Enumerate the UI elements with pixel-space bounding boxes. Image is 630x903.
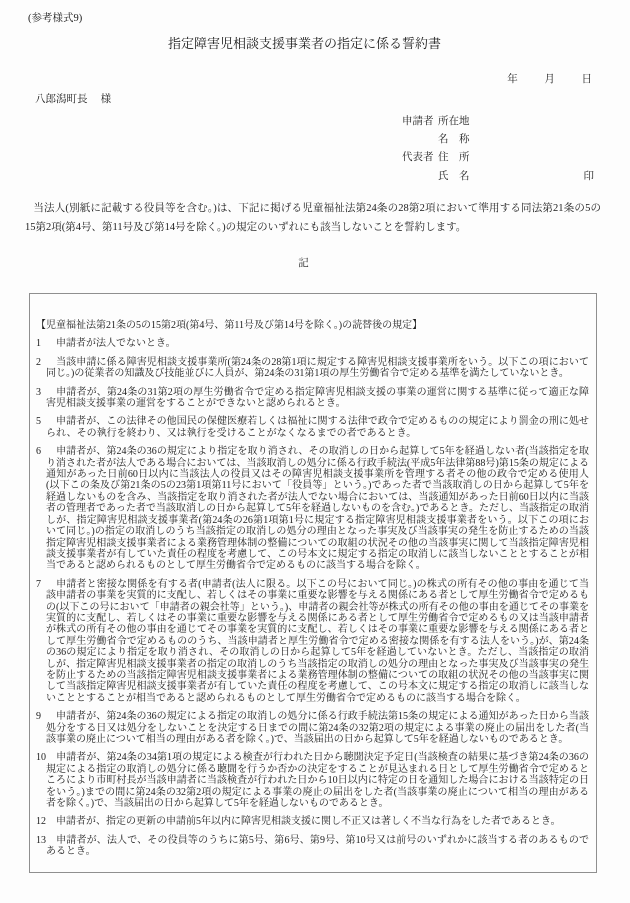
regulation-item: 10申請者が、第24条の34第1項の規定による検査が行われた日から聴聞決定予定日… (36, 752, 589, 809)
applicant-row: 名 称 (402, 129, 594, 147)
applicant-field-label: 所在地 (438, 113, 470, 128)
regulation-box-heading: 【児童福祉法第21条の5の15第2項(第4号、第11号及び第14号を除く。)の読… (36, 320, 589, 331)
regulation-item: 6申請者が、第24条の36の規定により指定を取り消され、その取消しの日から起算し… (36, 446, 589, 571)
addressee: 八郎潟町長 様 (35, 91, 111, 106)
regulation-item-number: 10 (36, 752, 56, 763)
applicant-row: 代表者 住 所 (402, 148, 594, 166)
applicant-field-label: 住 所 (438, 149, 470, 164)
regulation-item-number: 1 (36, 338, 56, 349)
applicant-signature-block: 申請者 所在地 名 称 代表者 住 所 氏 名 印 (402, 111, 594, 184)
date-day-label: 日 (582, 74, 593, 85)
regulation-item-text: 申請者が、指定の更新の申請前5年以内に障害児相談支援に関し不正又は著しく不当な行… (56, 816, 561, 827)
regulation-item-text: 当該申請に係る障害児相談支援事業所(第24条の28第1項に規定する障害児相談支援… (46, 357, 589, 379)
regulation-item-number: 9 (36, 711, 56, 722)
applicant-field-label: 名 称 (438, 131, 470, 146)
applicant-row: 氏 名 印 (402, 166, 594, 184)
regulation-item-number: 5 (36, 416, 56, 427)
regulation-item: 9申請者が、第24条の36の規定による指定の取消しの処分に係る行政手続法第15条… (36, 711, 589, 745)
regulation-item: 5申請者が、この法律その他国民の保健医療若しくは福祉に関する法律で政令で定めるも… (36, 416, 589, 439)
regulation-item-number: 2 (36, 357, 56, 368)
regulation-box: 【児童福祉法第21条の5の15第2項(第4号、第11号及び第14号を除く。)の読… (29, 293, 597, 873)
regulation-item: 1申請者が法人でないとき。 (36, 338, 589, 349)
regulation-item-number: 7 (36, 579, 56, 590)
regulation-item-list: 1申請者が法人でないとき。 2当該申請に係る障害児相談支援事業所(第24条の28… (36, 338, 589, 857)
applicant-row: 申請者 所在地 (402, 111, 594, 129)
date-line: 年 月 日 (507, 71, 592, 86)
regulation-item-text: 申請者と密接な関係を有する者(申請者(法人に限る。以下この号において同じ。)の株… (46, 579, 589, 704)
regulation-item: 3申請者が、第24条の31第2項の厚生労働省令で定める指定障害児相談支援の事業の… (36, 387, 589, 410)
applicant-role-label: 申請者 (402, 113, 438, 128)
regulation-item-number: 12 (36, 816, 56, 827)
date-month-label: 月 (544, 74, 555, 85)
pledge-paragraph: 当法人(別紙に記載する役員等を含む。)は、下記に掲げる児童福祉法第24条の28第… (25, 200, 601, 237)
regulation-item-number: 13 (36, 835, 56, 846)
regulation-item-text: 申請者が、この法律その他国民の保健医療若しくは福祉に関する法律で政令で定めるもの… (46, 416, 589, 438)
form-reference-label: (参考様式9) (28, 10, 82, 25)
applicant-field-label: 氏 名 (438, 168, 470, 183)
seal-mark: 印 (584, 168, 595, 183)
regulation-item-number: 3 (36, 387, 56, 398)
regulation-item: 7申請者と密接な関係を有する者(申請者(法人に限る。以下この号において同じ。)の… (36, 579, 589, 704)
regulation-item: 2当該申請に係る障害児相談支援事業所(第24条の28第1項に規定する障害児相談支… (36, 357, 589, 380)
pledge-document-page: (参考様式9) 指定障害児相談支援事業者の指定に係る誓約書 年 月 日 八郎潟町… (0, 0, 630, 903)
regulation-item-text: 申請者が法人でないとき。 (56, 338, 176, 349)
applicant-role-label: 代表者 (402, 149, 438, 164)
document-title: 指定障害児相談支援事業者の指定に係る誓約書 (0, 33, 609, 52)
record-heading: 記 (0, 255, 609, 270)
regulation-item-text: 申請者が、第24条の31第2項の厚生労働省令で定める指定障害児相談支援の事業の運… (46, 387, 589, 409)
regulation-item-text: 申請者が、第24条の36の規定により指定を取り消され、その取消しの日から起算して… (46, 446, 589, 571)
regulation-item-text: 申請者が、法人で、その役員等のうちに第5号、第6号、第9号、第10号又は前号のい… (46, 835, 589, 857)
regulation-item-text: 申請者が、第24条の36の規定による指定の取消しの処分に係る行政手続法第15条の… (46, 711, 589, 745)
regulation-item-number: 6 (36, 446, 56, 457)
regulation-item-text: 申請者が、第24条の34第1項の規定による検査が行われた日から聴聞決定予定日(当… (46, 752, 589, 809)
regulation-item: 13申請者が、法人で、その役員等のうちに第5号、第6号、第9号、第10号又は前号… (36, 835, 589, 858)
date-year-label: 年 (507, 74, 518, 85)
regulation-item: 12申請者が、指定の更新の申請前5年以内に障害児相談支援に関し不正又は著しく不当… (36, 816, 589, 827)
